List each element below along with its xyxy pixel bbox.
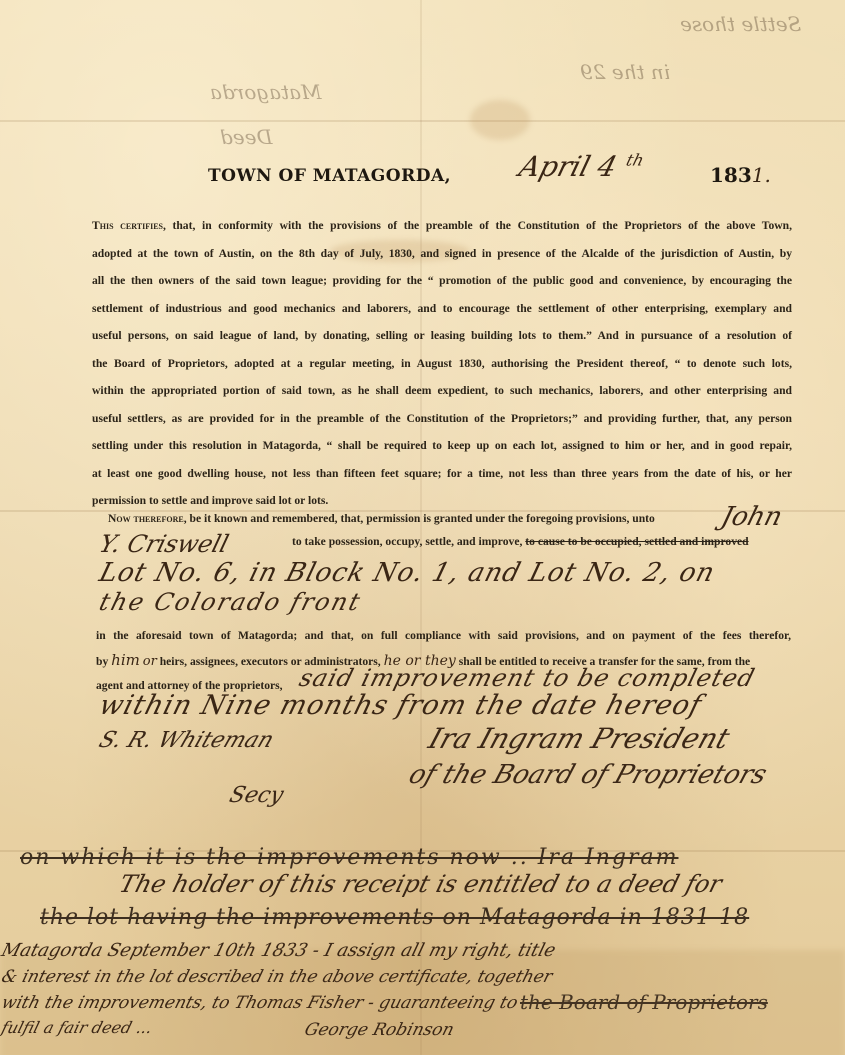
- handwritten-insert: or: [143, 654, 157, 669]
- secretary-title: Secy: [227, 783, 287, 808]
- assignment-line: fulfil a fair deed ...: [0, 1018, 154, 1037]
- grantee-last-name: Y. Criswell: [96, 530, 231, 558]
- lead-words: This certifies,: [92, 219, 166, 232]
- paragraph-line: the Board of Proprietors, adopted at a r…: [92, 350, 792, 378]
- certificate-paragraph: This certifies, that, in conformity with…: [92, 212, 792, 515]
- lot-description: Lot No. 6, in Block No. 1, and Lot No. 2…: [96, 558, 718, 588]
- bleed-through-text: Deed: [220, 125, 273, 149]
- assignment-date-line: Matagorda September 10th 1833 - I assign…: [0, 940, 558, 961]
- lot-description-continued: the Colorado front: [96, 588, 365, 616]
- year-handwritten-digit: 1.: [752, 163, 771, 187]
- secretary-signature: S. R. Whiteman: [95, 728, 277, 753]
- bleed-through-text: in the 29: [580, 60, 670, 84]
- paragraph-line: at least one good dwelling house, not le…: [92, 460, 792, 488]
- crossed-out-text: the lot having the improvements on Matag…: [40, 905, 749, 930]
- document-title: TOWN OF MATAGORDA,: [208, 166, 451, 186]
- president-signature: Ira Ingram President: [425, 722, 734, 755]
- assignment-line: with the improvements, to Thomas Fisher …: [0, 993, 520, 1013]
- improvement-condition: said improvement to be completed: [296, 664, 758, 692]
- crossed-out-text: the Board of Proprietors: [520, 990, 768, 1014]
- grant-line-5: in the aforesaid town of Matagorda; and …: [96, 622, 791, 650]
- handwritten-insert: him: [111, 651, 140, 669]
- grant-line-2: to take possession, occupy, settle, and …: [292, 528, 812, 556]
- paragraph-line: settlement of industrious and good mecha…: [92, 295, 792, 323]
- paragraph-line: useful settlers, as are provided for in …: [92, 405, 792, 433]
- paragraph-line: adopted at the town of Austin, on the 8t…: [92, 240, 792, 268]
- paragraph-line: This certifies, that, in conformity with…: [92, 212, 792, 240]
- bleed-through-text: Matagorda: [210, 80, 322, 104]
- improvement-deadline: within Nine months from the date hereof: [96, 690, 705, 721]
- paragraph-line: within the appropriated portion of said …: [92, 377, 792, 405]
- endorsement-line: The holder of this receipt is entitled t…: [116, 870, 725, 898]
- assignment-line: & interest in the lot described in the a…: [0, 967, 555, 987]
- paragraph-line: settling under this resolution in Matago…: [92, 432, 792, 460]
- handwritten-date: April 4 th: [516, 150, 647, 183]
- year-printed: 183: [710, 163, 752, 187]
- paragraph-line: useful persons, on said league of land, …: [92, 322, 792, 350]
- document-year: 1831.: [710, 163, 771, 187]
- assignor-signature: George Robinson: [302, 1020, 456, 1040]
- date-superscript: th: [624, 151, 646, 170]
- bleed-through-text: Settle those: [680, 12, 801, 36]
- president-title: of the Board of Proprietors: [405, 760, 770, 790]
- paper-fold: [0, 120, 845, 122]
- date-month-day: April 4: [516, 150, 621, 183]
- lead-words: Now therefore,: [108, 512, 187, 525]
- crossed-out-text: on which it is the improvements now .. I…: [20, 845, 678, 870]
- struck-text: to cause to be occupied, settled and imp…: [525, 535, 748, 548]
- paragraph-line: all the then owners of the said town lea…: [92, 267, 792, 295]
- water-stain: [470, 100, 530, 140]
